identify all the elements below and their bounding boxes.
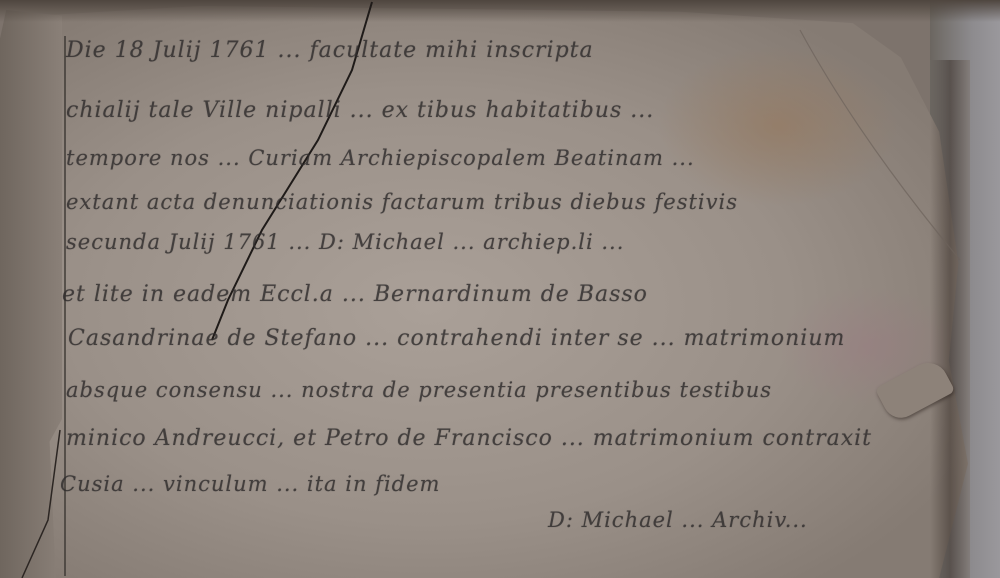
top-shadow [0,0,1000,22]
manuscript-line-6: et lite in eadem Eccl.a ... Bernardinum … [62,282,648,307]
manuscript-line-4: extant acta denunciationis factarum trib… [66,190,738,214]
folded-right-edge [930,60,970,578]
manuscript-line-10: Cusia ... vinculum ... ita in fidem [60,472,440,496]
manuscript-line-5: secunda Julij 1761 ... D: Michael ... ar… [66,230,624,254]
manuscript-photo: Die 18 Julij 1761 ... facultate mihi ins… [0,0,1000,578]
manuscript-line-8: absque consensu ... nostra de presentia … [66,378,772,402]
manuscript-line-9: minico Andreucci, et Petro de Francisco … [66,426,872,451]
manuscript-line-7: Casandrinae de Stefano ... contrahendi i… [68,326,845,351]
manuscript-line-2: chialij tale Ville nipalli ... ex tibus … [66,98,654,123]
manuscript-signature: D: Michael ... Archiv... [548,508,808,532]
manuscript-line-3: tempore nos ... Curiam Archiepiscopalem … [66,146,695,170]
manuscript-line-1: Die 18 Julij 1761 ... facultate mihi ins… [66,38,594,63]
